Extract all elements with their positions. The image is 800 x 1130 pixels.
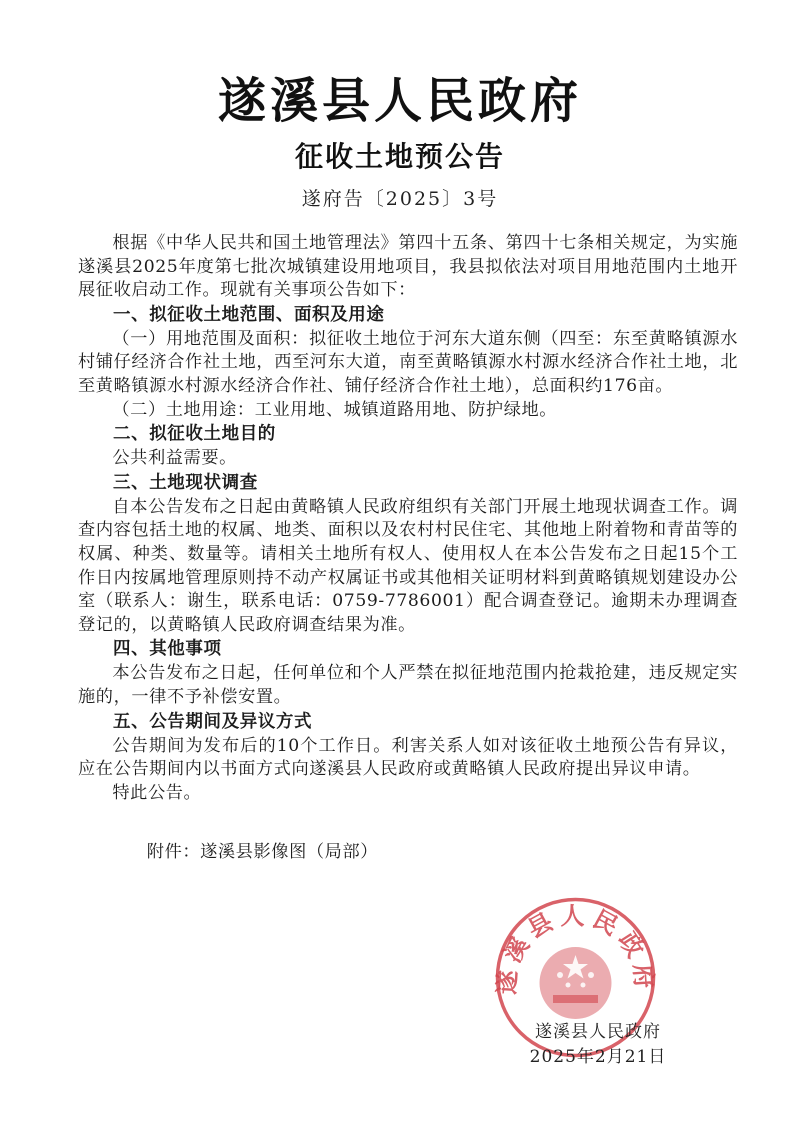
closing-remark: 特此公告。	[78, 782, 738, 806]
section-1-paragraph-2: （二）土地用途：工业用地、城镇道路用地、防护绿地。	[78, 399, 738, 423]
attachment-note: 附件：遂溪县影像图（局部）	[78, 841, 738, 865]
section-heading-5: 五、公告期间及异议方式	[78, 710, 738, 735]
intro-paragraph: 根据《中华人民共和国土地管理法》第四十五条、第四十七条相关规定，为实施遂溪县20…	[78, 232, 738, 303]
organization-title: 遂溪县人民政府	[0, 62, 800, 131]
section-heading-3: 三、土地现状调查	[78, 471, 738, 496]
document-page: 遂溪县人民政府 征收土地预公告 遂府告〔2025〕3号 根据《中华人民共和国土地…	[0, 0, 800, 1130]
section-4-paragraph-1: 本公告发布之日起，任何单位和个人严禁在拟征地范围内抢栽抢建，违反规定实施的，一律…	[78, 662, 738, 709]
section-5-paragraph-1: 公告期间为发布后的10个工作日。利害关系人如对该征收土地预公告有异议，应在公告期…	[78, 735, 738, 782]
signature-issuer: 遂溪县人民政府	[508, 1020, 688, 1045]
section-heading-1: 一、拟征收土地范围、面积及用途	[78, 303, 738, 328]
document-number: 遂府告〔2025〕3号	[0, 184, 800, 211]
section-heading-4: 四、其他事项	[78, 637, 738, 662]
notice-title: 征收土地预公告	[0, 135, 800, 175]
section-1-paragraph-1: （一）用地范围及面积：拟征收土地位于河东大道东侧（四至：东至黄略镇源水村铺仔经济…	[78, 328, 738, 399]
section-3-paragraph-1: 自本公告发布之日起由黄略镇人民政府组织有关部门开展土地现状调查工作。调查内容包括…	[78, 496, 738, 638]
signature-date: 2025年2月21日	[508, 1045, 688, 1070]
section-heading-2: 二、拟征收土地目的	[78, 422, 738, 447]
document-body: 根据《中华人民共和国土地管理法》第四十五条、第四十七条相关规定，为实施遂溪县20…	[78, 232, 738, 865]
signature-block: 遂溪县人民政府 2025年2月21日	[508, 1020, 688, 1070]
section-2-paragraph-1: 公共利益需要。	[78, 447, 738, 471]
